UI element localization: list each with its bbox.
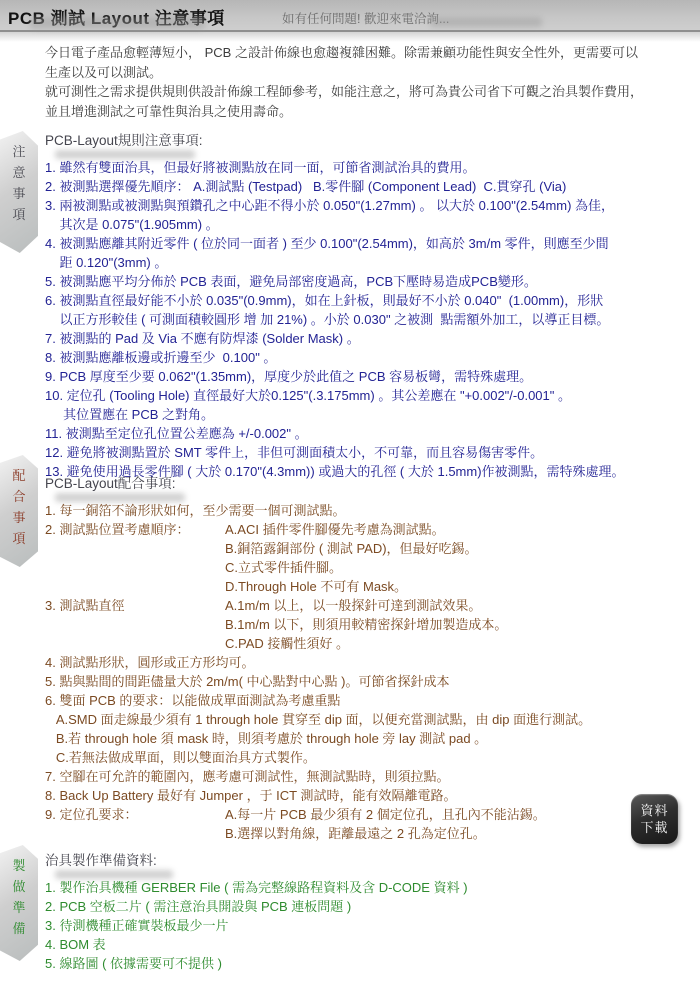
coop-item: 8. Back Up Battery 最好有 Jumper ，于 ICT 測試時… (45, 786, 685, 805)
coop-item-sublist: A.每一片 PCB 最少須有 2 個定位孔，且孔內不能沾錫。 B.選擇以對角線，… (225, 805, 685, 843)
coop-item-label: 2. 測試點位置考慮順序： (45, 520, 225, 596)
coop-item-label: 9. 定位孔要求： (45, 805, 225, 843)
download-button[interactable]: 資料 下載 (631, 794, 678, 844)
page: PCB 測試 Layout 注意事項 如有任何問題! 歡迎來電洽詢... 注意事… (0, 0, 700, 999)
prep-item: 5. 線路圖 ( 依據需要可不提供 ) (45, 954, 685, 973)
rule-item: 11. 被測點至定位孔位置公差應為 +/-0.002" 。 (45, 424, 685, 443)
rule-item: 3. 兩被測點或被測點與預鑽孔之中心距不得小於 0.050"(1.27mm) 。… (45, 196, 685, 234)
rule-item: 12. 避免將被測點置於 SMT 零件上，非但可測面積太小，不可靠，而且容易傷害… (45, 443, 685, 462)
rule-item: 6. 被測點直徑最好能不小於 0.035"(0.9mm)，如在上針板，則最好不小… (45, 291, 685, 329)
rule-item: 10. 定位孔 (Tooling Hole) 直徑最好大於0.125"(.3.1… (45, 386, 685, 424)
coop-item: 2. 測試點位置考慮順序： A.ACI 插件零件腳優先考慮為測試點。 B.銅箔露… (45, 520, 685, 596)
download-button-label-line1: 資料 (640, 802, 668, 819)
tab-notes[interactable]: 注意事項 (0, 131, 38, 253)
section-cooperation-heading: PCB-Layout配合事項: (45, 476, 685, 492)
prep-item: 3. 待測機種正確實裝板最少一片 (45, 916, 685, 935)
rule-item: 2. 被測點選擇優先順序： A.測試點 (Testpad) B.零件腳 (Com… (45, 177, 685, 196)
section-cooperation: PCB-Layout配合事項: 1. 每一銅箔不論形狀如何，至少需要一個可測試點… (45, 476, 685, 843)
coop-item: 7. 空腳在可允許的範圍內，應考慮可測試性，無測試點時，則須拉點。 (45, 767, 685, 786)
rule-item: 9. PCB 厚度至少要 0.062"(1.35mm)，厚度少於此值之 PCB … (45, 367, 685, 386)
tab-cooperation[interactable]: 配合事項 (0, 455, 38, 567)
blurred-text (430, 17, 542, 27)
rule-item: 4. 被測點應離其附近零件 ( 位於同一面者 ) 至少 0.100"(2.54m… (45, 234, 685, 272)
header-subtitle: 如有任何問題! 歡迎來電洽詢... (282, 9, 449, 27)
coop-item: 9. 定位孔要求： A.每一片 PCB 最少須有 2 個定位孔，且孔內不能沾錫。… (45, 805, 685, 843)
header-fade (0, 32, 700, 42)
prep-item: 1. 製作治具機種 GERBER File ( 需為完整線路程資料及含 D-CO… (45, 878, 685, 897)
rule-item: 8. 被測點應離板邊或折邊至少 0.100" 。 (45, 348, 685, 367)
tab-preparation[interactable]: 製做準備 (0, 845, 38, 961)
coop-item: 6. 雙面 PCB 的要求：以能做成單面測試為考慮重點 A.SMD 面走線最少須… (45, 691, 685, 767)
section-layout-rules: PCB-Layout規則注意事項: 1. 雖然有雙面治具，但最好將被測點放在同一… (45, 133, 685, 481)
section-preparation-heading: 治具製作準備資料: (45, 853, 685, 869)
download-button-label-line2: 下載 (640, 819, 668, 836)
tab-cooperation-label: 配合事項 (12, 465, 27, 549)
coop-item: 5. 點與點間的間距儘量大於 2m/m( 中心點對中心點 )。可節省探針成本 (45, 672, 685, 691)
coop-item: 3. 測試點直徑 A.1m/m 以上，以一般探針可達到測試效果。 B.1m/m … (45, 596, 685, 653)
prep-item: 2. PCB 空板二片 ( 需注意治具開設與 PCB 連板問題 ) (45, 897, 685, 916)
coop-item-sublist: A.1m/m 以上，以一般探針可達到測試效果。 B.1m/m 以下，則須用較精密… (225, 596, 685, 653)
rule-item: 7. 被測點的 Pad 及 Via 不應有防焊漆 (Solder Mask) 。 (45, 329, 685, 348)
tab-notes-label: 注意事項 (12, 141, 27, 225)
blurred-text (30, 17, 205, 29)
coop-item-sublist: A.ACI 插件零件腳優先考慮為測試點。 B.銅箔露銅部份 ( 測試 PAD)，… (225, 520, 685, 596)
coop-item-label: 3. 測試點直徑 (45, 596, 225, 653)
coop-item: 1. 每一銅箔不論形狀如何，至少需要一個可測試點。 (45, 501, 685, 520)
rule-item: 1. 雖然有雙面治具，但最好將被測點放在同一面，可節省測試治具的費用。 (45, 158, 685, 177)
tab-preparation-label: 製做準備 (12, 855, 27, 939)
rule-item: 5. 被測點應平均分佈於 PCB 表面，避免局部密度過高，PCB下壓時易造成PC… (45, 272, 685, 291)
coop-item: 4. 測試點形狀，圓形或正方形均可。 (45, 653, 685, 672)
intro-paragraph: 今日電子產品愈輕薄短小， PCB 之設計佈線也愈趨複雜困難。除需兼顧功能性與安全… (45, 43, 675, 121)
section-layout-rules-heading: PCB-Layout規則注意事項: (45, 133, 685, 149)
section-preparation: 治具製作準備資料: 1. 製作治具機種 GERBER File ( 需為完整線路… (45, 853, 685, 973)
prep-item: 4. BOM 表 (45, 935, 685, 954)
